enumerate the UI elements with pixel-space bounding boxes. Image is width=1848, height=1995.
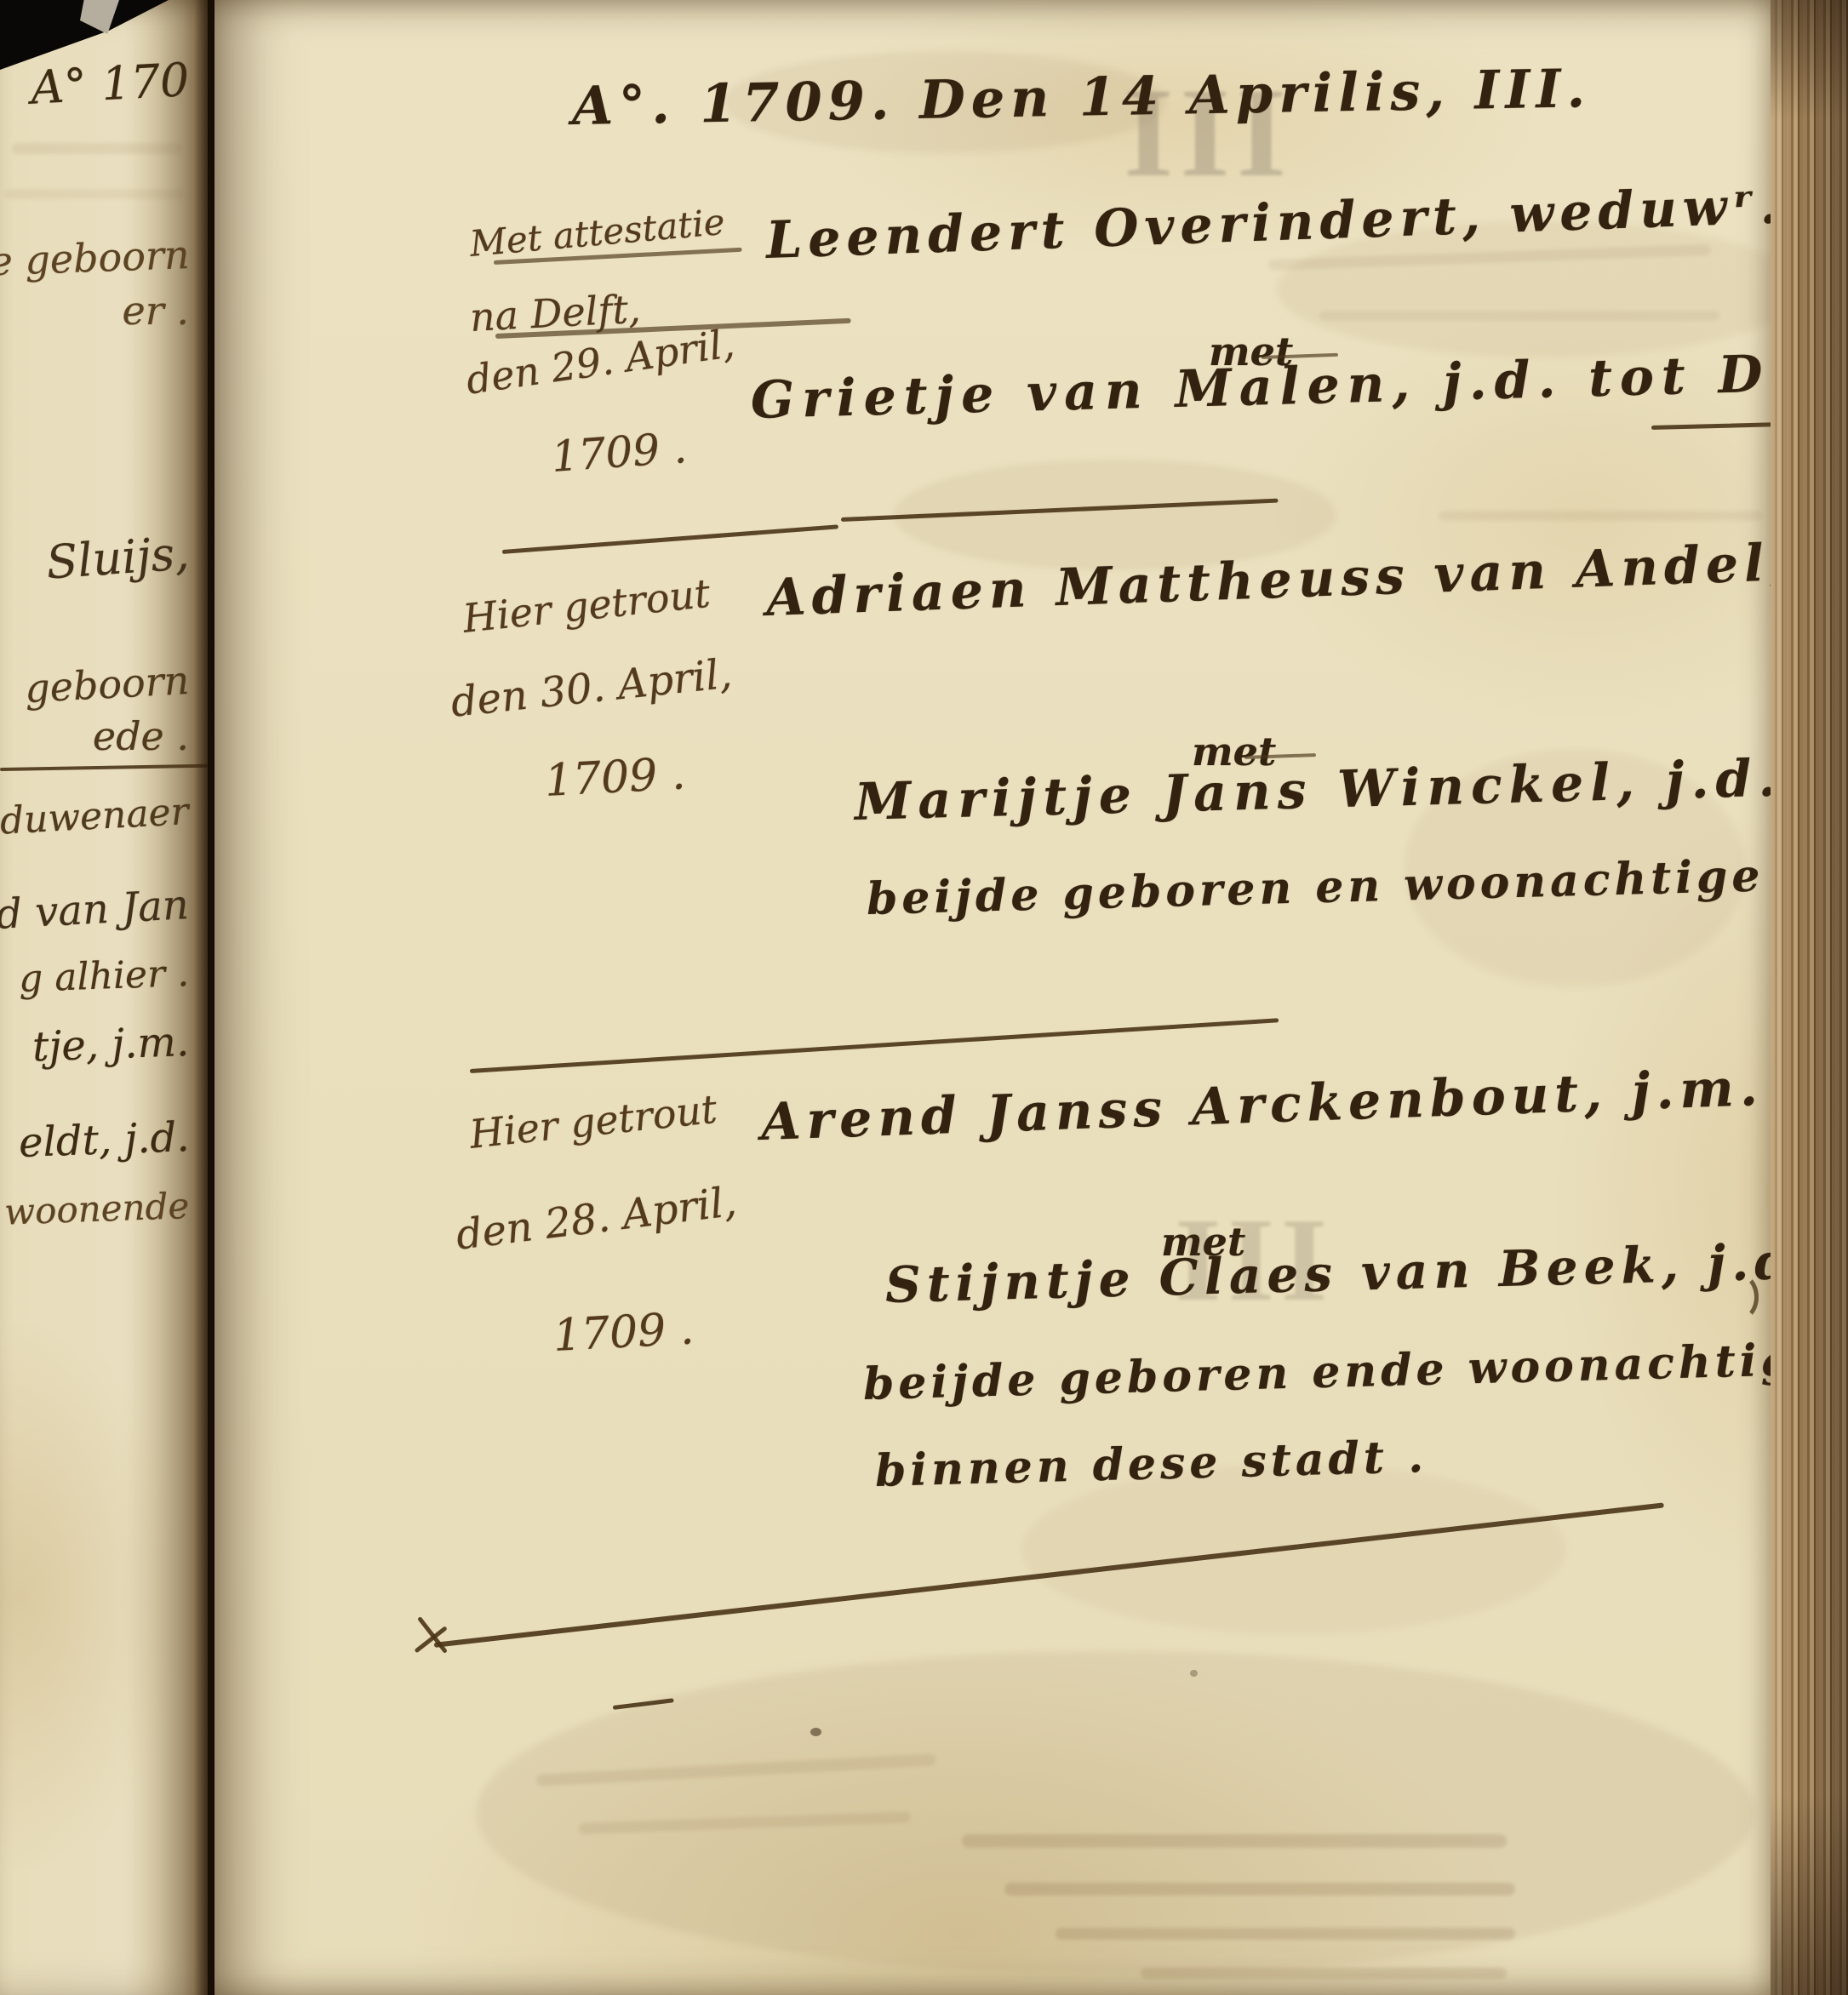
margin-curl-mark <box>1721 1273 1759 1321</box>
bleedthrough-line <box>1439 511 1762 521</box>
left-fragment: er . <box>123 288 189 334</box>
left-fragment: d van Jan <box>0 881 190 939</box>
left-fragment: ede . <box>93 713 189 759</box>
bleedthrough-line <box>1056 1928 1515 1940</box>
bleedthrough-line <box>962 1834 1507 1848</box>
left-fragment: A° 170 <box>29 53 190 115</box>
left-fragment: woonende <box>3 1185 190 1233</box>
left-ghost-line <box>12 143 182 154</box>
entry-1-margin-line: 1709 . <box>550 423 689 482</box>
left-ghost-line <box>5 189 184 199</box>
left-fragment: tje, j.m. <box>31 1018 190 1071</box>
bleedthrough-line <box>1141 1968 1507 1979</box>
left-fragment: g alhier . <box>18 952 190 1001</box>
bleedthrough-line <box>1319 311 1719 321</box>
left-fragment: Sluijs, <box>44 526 191 590</box>
left-fragment: de geboorn <box>0 232 190 285</box>
entry-2-margin-line: 1709 . <box>543 748 686 807</box>
bleedthrough-line <box>1004 1883 1515 1895</box>
left-fragment: weduwenaer <box>0 790 190 846</box>
left-fragment: geboorn <box>24 657 191 712</box>
book-fore-edge <box>1771 0 1848 1995</box>
left-fragment: eldt, j.d. <box>18 1113 190 1167</box>
manuscript-scan: A° 170 de geboorn er . Sluijs, geboorn e… <box>0 0 1848 1995</box>
ink-speck <box>810 1728 821 1736</box>
left-rule-line <box>0 764 208 771</box>
ink-speck <box>1190 1670 1198 1677</box>
entry-3-margin-line: 1709 . <box>552 1303 695 1362</box>
left-page-fragment: A° 170 de geboorn er . Sluijs, geboorn e… <box>0 0 208 1995</box>
